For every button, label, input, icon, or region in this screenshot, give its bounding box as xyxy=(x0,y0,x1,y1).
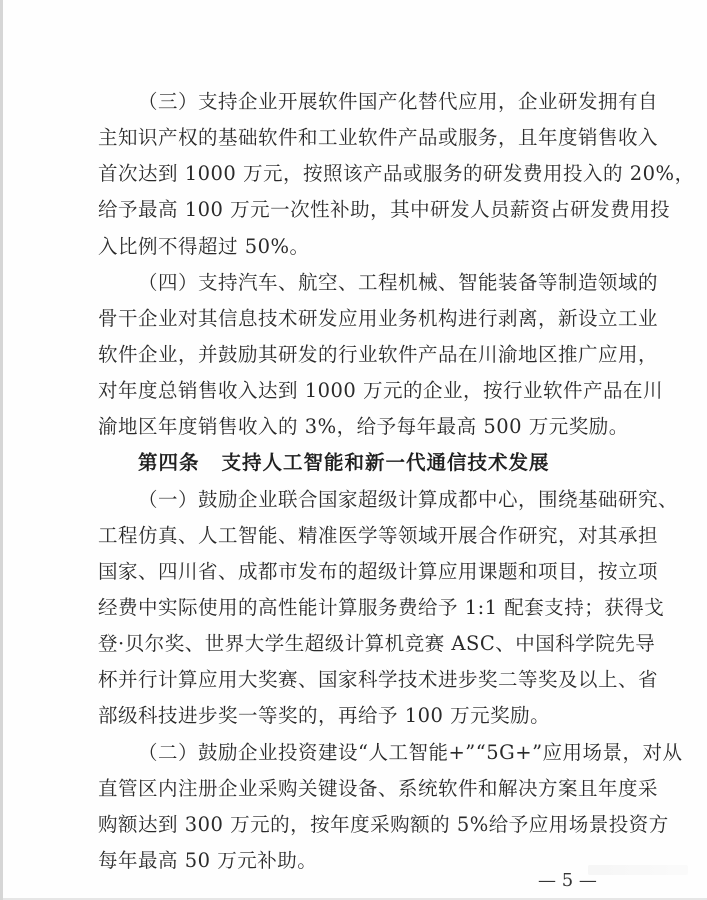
text-line: 部级科技进步奖一等奖的，再给予 100 万元奖励。 xyxy=(98,698,618,734)
text-line: 杯并行计算应用大奖赛、国家科学技术进步奖二等奖及以上、省 xyxy=(98,662,618,698)
text-line: 国家、四川省、成都市发布的超级计算应用课题和项目，按立项 xyxy=(98,554,618,590)
text-line: 经费中实际使用的高性能计算服务费给予 1:1 配套支持；获得戈 xyxy=(98,590,618,626)
text-line: 购额达到 300 万元的，按年度采购额的 5%给予应用场景投资方 xyxy=(98,807,618,843)
paragraph-item-3: （三）支持企业开展软件国产化替代应用，企业研发拥有自 主知识产权的基础软件和工业… xyxy=(98,84,618,265)
text-line: 直管区内注册企业采购关键设备、系统软件和解决方案且年度采 xyxy=(98,771,618,807)
text-line: 入比例不得超过 50%。 xyxy=(98,229,618,265)
document-page: （三）支持企业开展软件国产化替代应用，企业研发拥有自 主知识产权的基础软件和工业… xyxy=(0,0,707,900)
text-line: 登·贝尔奖、世界大学生超级计算机竞赛 ASC、中国科学院先导 xyxy=(98,626,618,662)
paragraph-article4-item-1: （一）鼓励企业联合国家超级计算成都中心，围绕基础研究、 工程仿真、人工智能、精准… xyxy=(98,482,618,735)
text-line: 首次达到 1000 万元，按照该产品或服务的研发费用投入的 20%， xyxy=(98,156,618,192)
text-line: 工程仿真、人工智能、精准医学等领域开展合作研究，对其承担 xyxy=(98,518,618,554)
faint-watermark xyxy=(588,865,688,875)
article-heading: 第四条支持人工智能和新一代通信技术发展 xyxy=(98,445,618,481)
text-line: 主知识产权的基础软件和工业软件产品或服务，且年度销售收入 xyxy=(98,120,618,156)
text-line: （四）支持汽车、航空、工程机械、智能装备等制造领域的 xyxy=(98,265,618,301)
text-line: 对年度总销售收入达到 1000 万元的企业，按行业软件产品在川 xyxy=(98,373,618,409)
article-title: 支持人工智能和新一代通信技术发展 xyxy=(222,451,550,474)
text-line: 渝地区年度销售收入的 3%，给予每年最高 500 万元奖励。 xyxy=(98,409,618,445)
text-line: 软件企业，并鼓励其研发的行业软件产品在川渝地区推广应用， xyxy=(98,337,618,373)
page-body: （三）支持企业开展软件国产化替代应用，企业研发拥有自 主知识产权的基础软件和工业… xyxy=(98,84,618,879)
text-line: 给予最高 100 万元一次性补助，其中研发人员薪资占研发费用投 xyxy=(98,192,618,228)
text-line: （一）鼓励企业联合国家超级计算成都中心，围绕基础研究、 xyxy=(98,482,618,518)
text-line: （三）支持企业开展软件国产化替代应用，企业研发拥有自 xyxy=(98,84,618,120)
text-line: 骨干企业对其信息技术研发应用业务机构进行剥离，新设立工业 xyxy=(98,301,618,337)
article-number: 第四条 xyxy=(138,451,200,474)
text-line: （二）鼓励企业投资建设“人工智能+”“5G+”应用场景，对从 xyxy=(98,735,618,771)
paragraph-item-4: （四）支持汽车、航空、工程机械、智能装备等制造领域的 骨干企业对其信息技术研发应… xyxy=(98,265,618,446)
paragraph-article4-item-2: （二）鼓励企业投资建设“人工智能+”“5G+”应用场景，对从 直管区内注册企业采… xyxy=(98,735,618,880)
